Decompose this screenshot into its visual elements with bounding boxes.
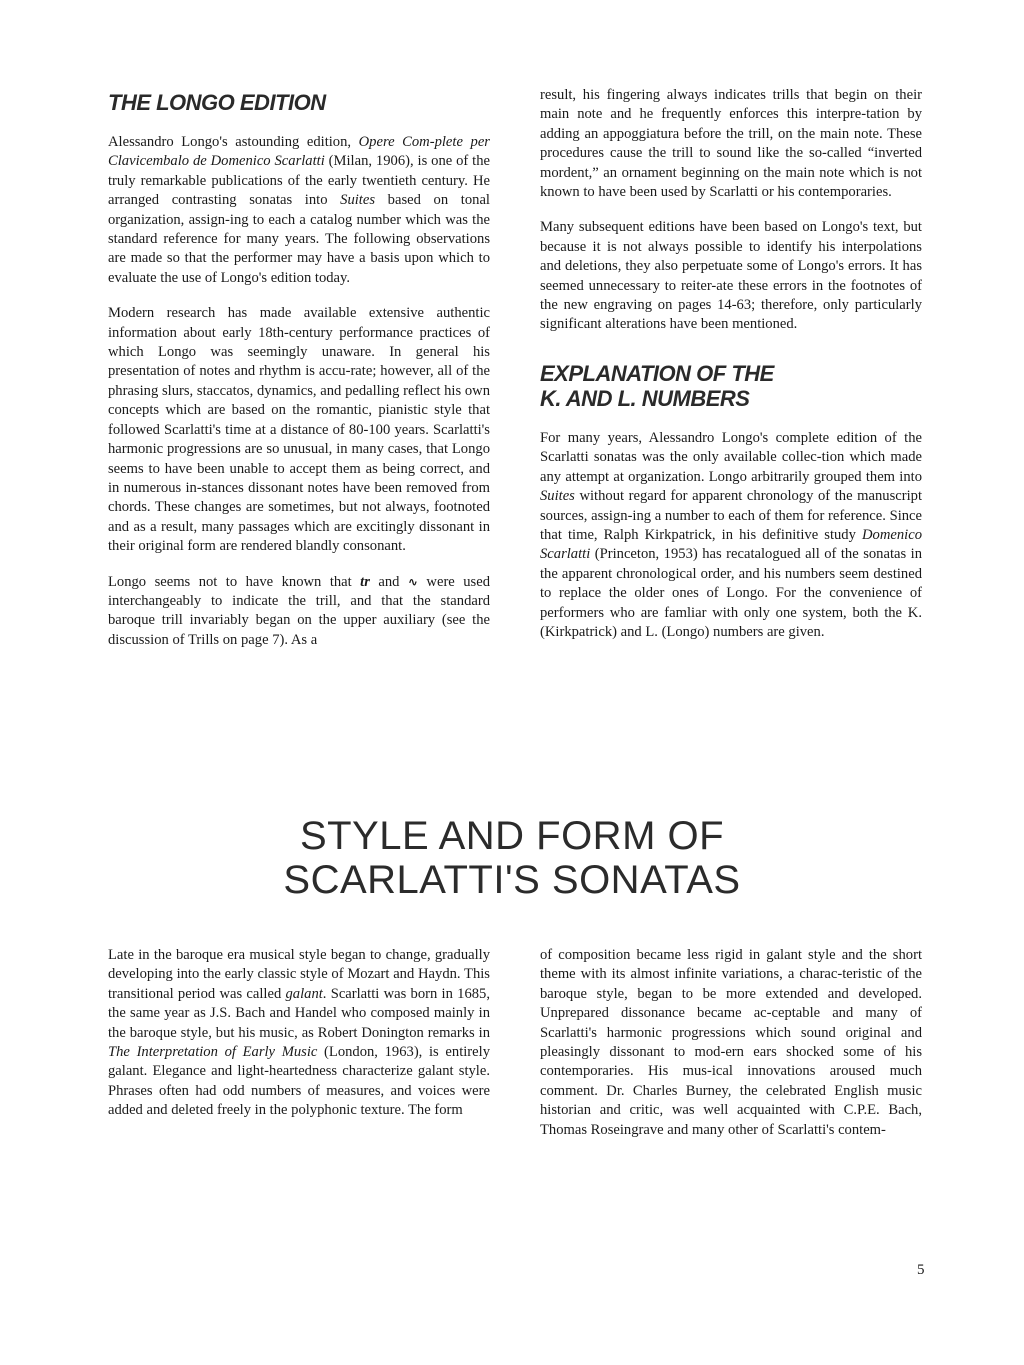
title-line: STYLE AND FORM OF [0,814,1024,858]
section-heading-kl-numbers: EXPLANATION OF THE K. AND L. NUMBERS [540,361,922,411]
heading-line: K. AND L. NUMBERS [540,386,922,411]
paragraph-style-continued: of composition became less rigid in gala… [540,946,922,1140]
trill-tr-icon: tr [360,574,370,590]
italic-title-interpretation-early-music: The Interpretation of Early Music [108,1044,317,1060]
left-column-bottom: Late in the baroque era musical style be… [108,946,490,1137]
paragraph-modern-research: Modern research has made available exten… [108,304,490,556]
paragraph-subsequent-editions: Many subsequent editions have been based… [540,218,922,334]
text-run: (Princeton, 1953) has recatalogued all o… [540,546,922,640]
text-run: Alessandro Longo's astounding edition, [108,134,359,150]
chapter-title: STYLE AND FORM OF SCARLATTI'S SONATAS [0,814,1024,902]
text-run: For many years, Alessandro Longo's compl… [540,430,922,485]
paragraph-style-intro: Late in the baroque era musical style be… [108,946,490,1121]
title-line: SCARLATTI'S SONATAS [0,858,1024,902]
section-heading-longo-edition: THE LONGO EDITION [108,90,490,115]
paragraph-trills-continued: result, his fingering always indicates t… [540,86,922,202]
italic-suites: Suites [340,192,375,208]
italic-galant: galant [286,986,323,1002]
text-run: Longo seems not to have known that [108,574,360,590]
trill-wavy-line-icon: ∿ [408,575,418,589]
right-column-bottom: of composition became less rigid in gala… [540,946,922,1156]
heading-line: EXPLANATION OF THE [540,361,922,386]
left-column-top: THE LONGO EDITION Alessandro Longo's ast… [108,90,490,666]
paragraph-kl-explanation: For many years, Alessandro Longo's compl… [540,429,922,642]
page-number: 5 [917,1262,925,1279]
paragraph-longo-intro: Alessandro Longo's astounding edition, O… [108,133,490,288]
text-run: and [370,574,408,590]
italic-suites: Suites [540,488,575,504]
paragraph-trills: Longo seems not to have known that tr an… [108,573,490,651]
document-page: THE LONGO EDITION Alessandro Longo's ast… [0,0,1024,1365]
right-column-top: result, his fingering always indicates t… [540,86,922,658]
text-run: of composition became less rigid in gala… [540,947,922,1138]
